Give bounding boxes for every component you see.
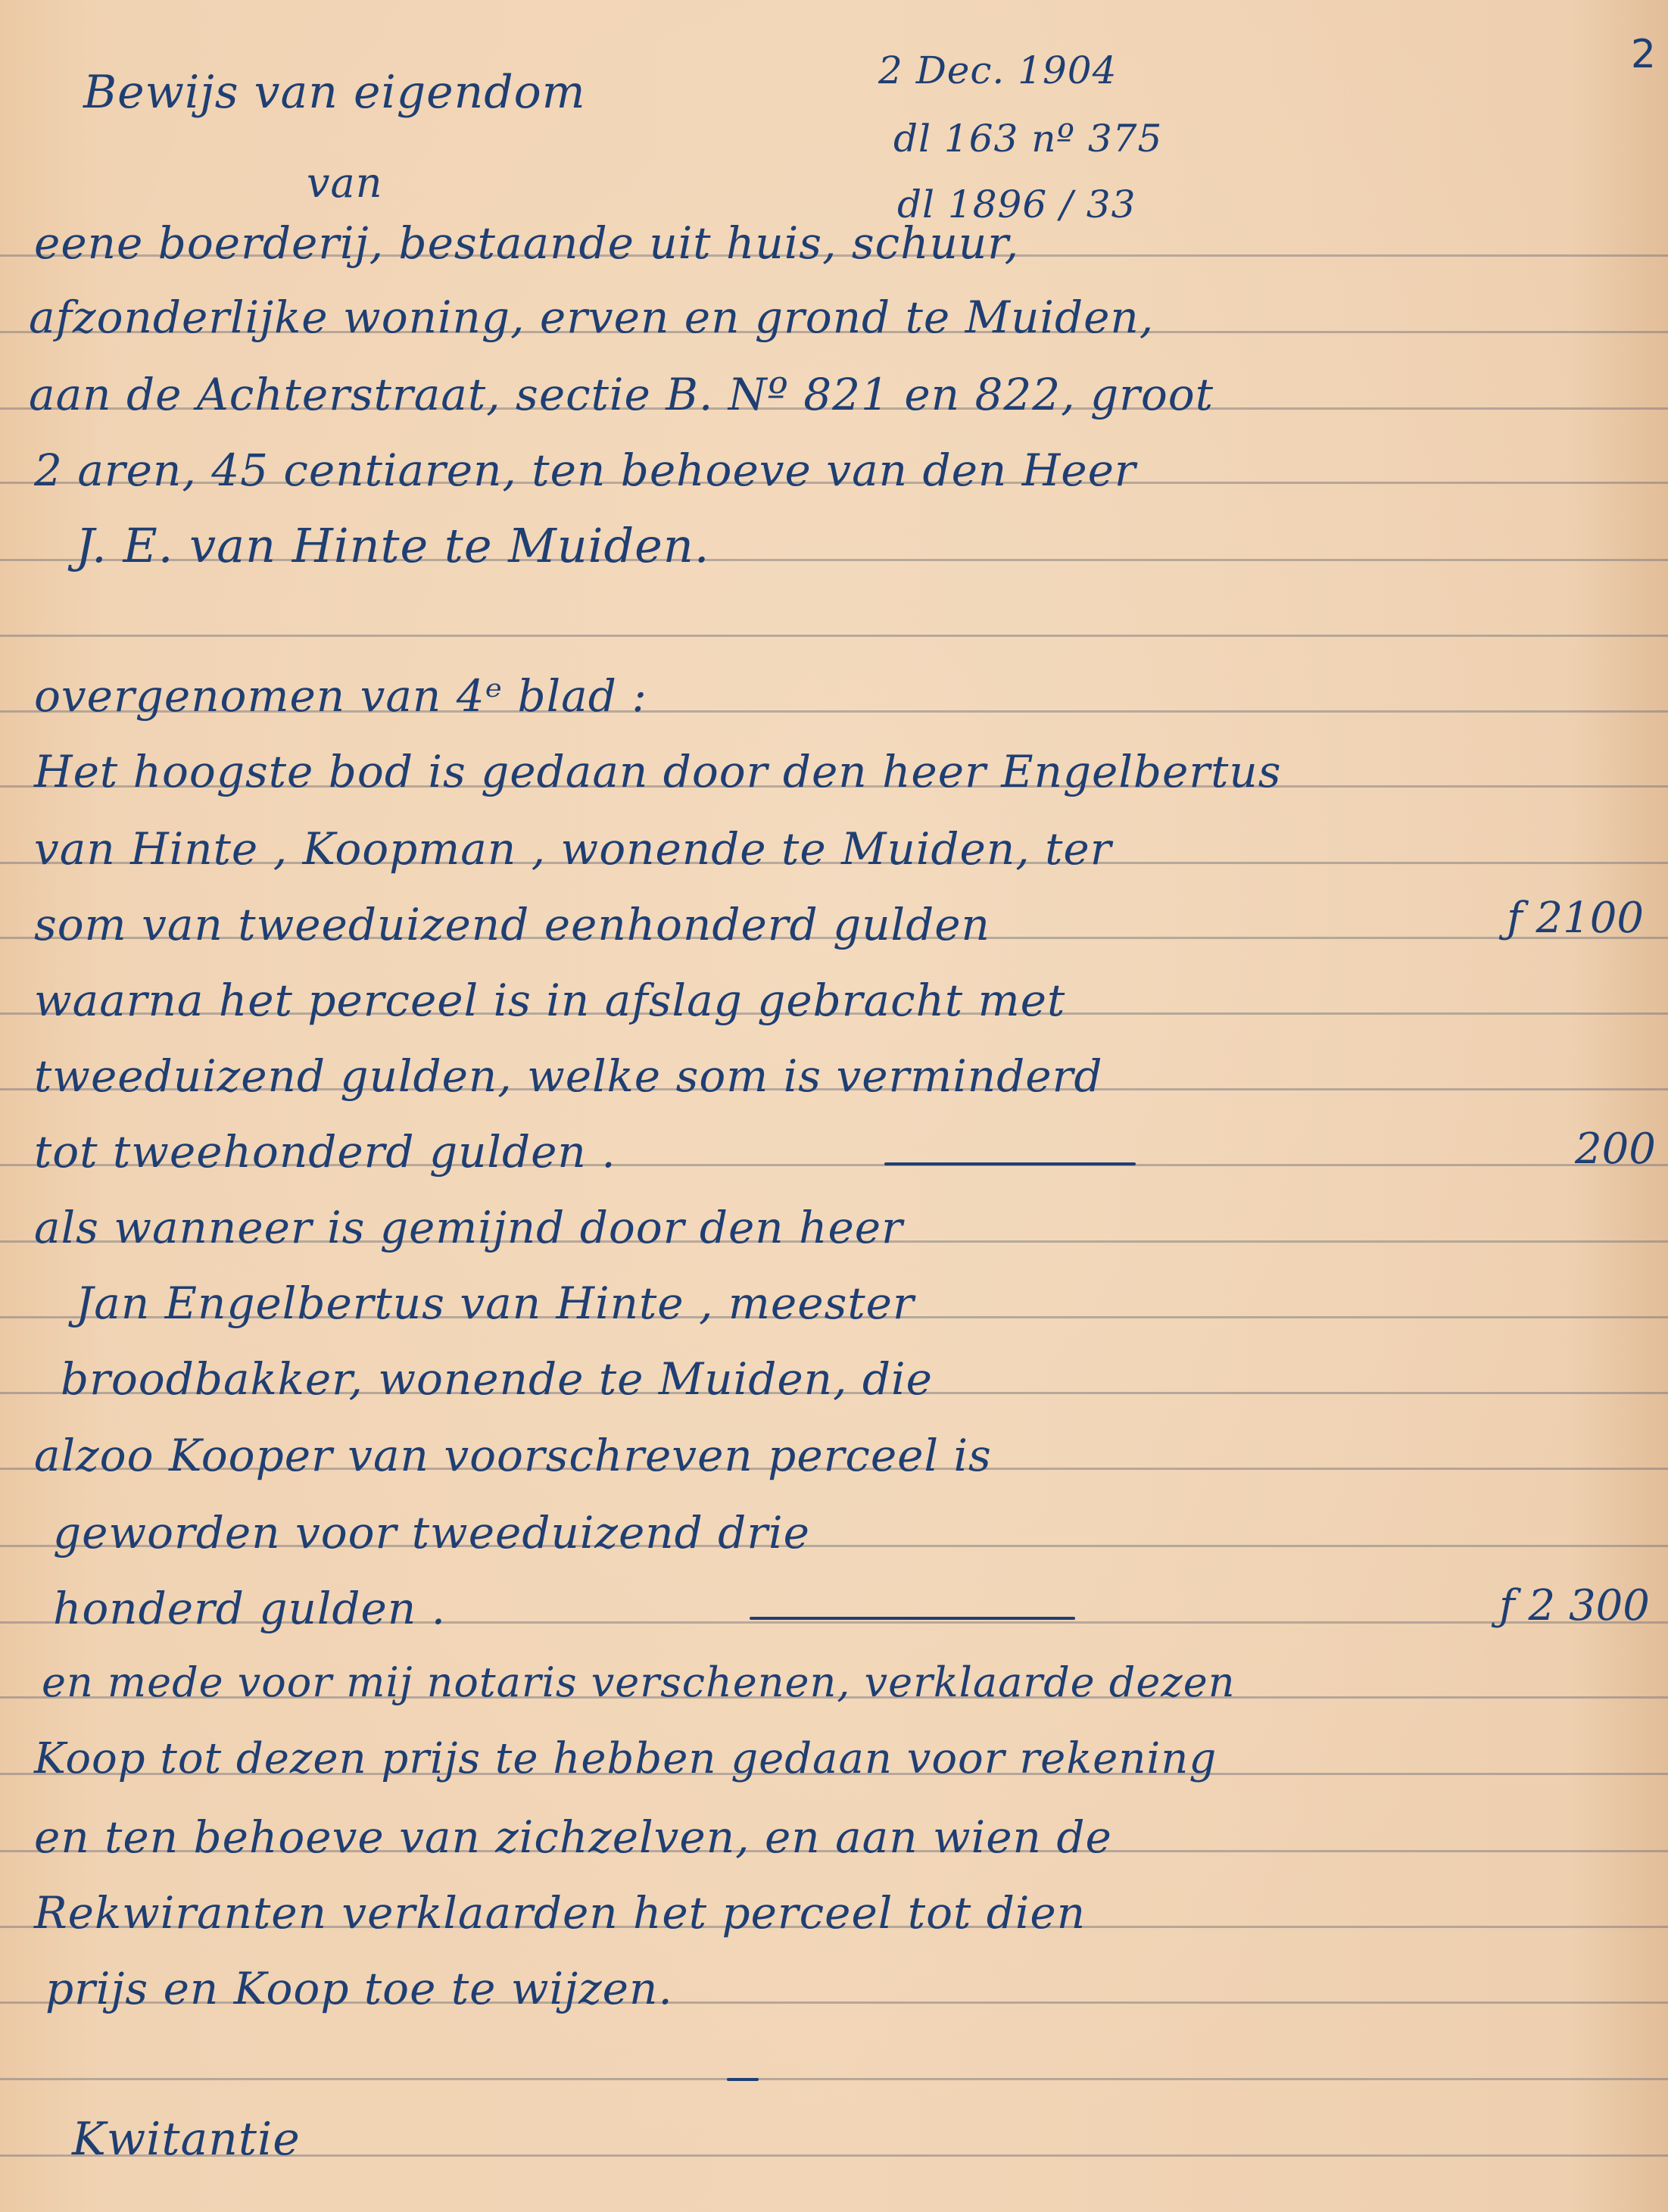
signature-kwitantie: Kwitantie	[72, 2117, 301, 2162]
property-line: afzonderlijke woning, erven en grond te …	[29, 295, 1154, 339]
property-line: eene boerderij, bestaande uit huis, schu…	[34, 221, 1019, 265]
amount-2300: ƒ 2 300	[1499, 1581, 1650, 1630]
fill-line	[750, 1617, 1075, 1620]
property-line: aan de Achterstraat, sectie B. Nº 821 en…	[29, 373, 1214, 417]
property-owner-line: J. E. van Hinte te Muiden.	[76, 523, 709, 569]
body-line: geworden voor tweeduizend drie	[53, 1511, 810, 1555]
ruled-line	[0, 635, 1668, 637]
body-line: honderd gulden .	[53, 1586, 446, 1630]
body-line: Het hoogste bod is gedaan door den heer …	[34, 750, 1282, 794]
record-date: 2 Dec. 1904	[878, 51, 1117, 89]
property-line: 2 aren, 45 centiaren, ten behoeve van de…	[34, 448, 1136, 492]
ruled-line	[0, 2078, 1668, 2080]
body-line: Rekwiranten verklaarden het perceel tot …	[34, 1891, 1086, 1935]
body-line: alzoo Kooper van voorschreven perceel is	[34, 1434, 992, 1477]
body-line: en mede voor mij notaris verschenen, ver…	[42, 1662, 1235, 1703]
body-line: broodbakker, wonende te Muiden, die	[61, 1357, 933, 1401]
body-line: van Hinte , Koopman , wonende te Muiden,…	[34, 827, 1111, 871]
page-number: 2	[1631, 32, 1656, 77]
body-line: som van tweeduizend eenhonderd gulden	[34, 903, 990, 947]
title-line-2: van	[307, 163, 382, 204]
amount-200: 200	[1575, 1125, 1656, 1174]
body-line: tweeduizend gulden, welke som is vermind…	[34, 1054, 1102, 1098]
body-line: waarna het perceel is in afslag gebracht…	[34, 978, 1065, 1022]
body-line: Jan Engelbertus van Hinte , meester	[76, 1281, 915, 1325]
body-line: Koop tot dezen prijs te hebben gedaan vo…	[34, 1738, 1217, 1780]
handwritten-document-page: 2 Bewijs van eigendom van 2 Dec. 1904 dl…	[0, 0, 1668, 2212]
body-line: tot tweehonderd gulden .	[34, 1130, 616, 1174]
title-line-1: Bewijs van eigendom	[83, 70, 586, 115]
record-reference-1: dl 163 nº 375	[893, 120, 1162, 158]
body-line: overgenomen van 4ᵉ blad :	[34, 674, 647, 718]
body-line: prijs en Koop toe te wijzen.	[45, 1967, 673, 2011]
section-divider	[727, 2078, 759, 2081]
body-line: als wanneer is gemijnd door den heer	[34, 1206, 903, 1250]
body-line: en ten behoeve van zichzelven, en aan wi…	[34, 1815, 1112, 1859]
amount-2100: ƒ 2100	[1507, 894, 1644, 943]
fill-line	[884, 1162, 1136, 1165]
